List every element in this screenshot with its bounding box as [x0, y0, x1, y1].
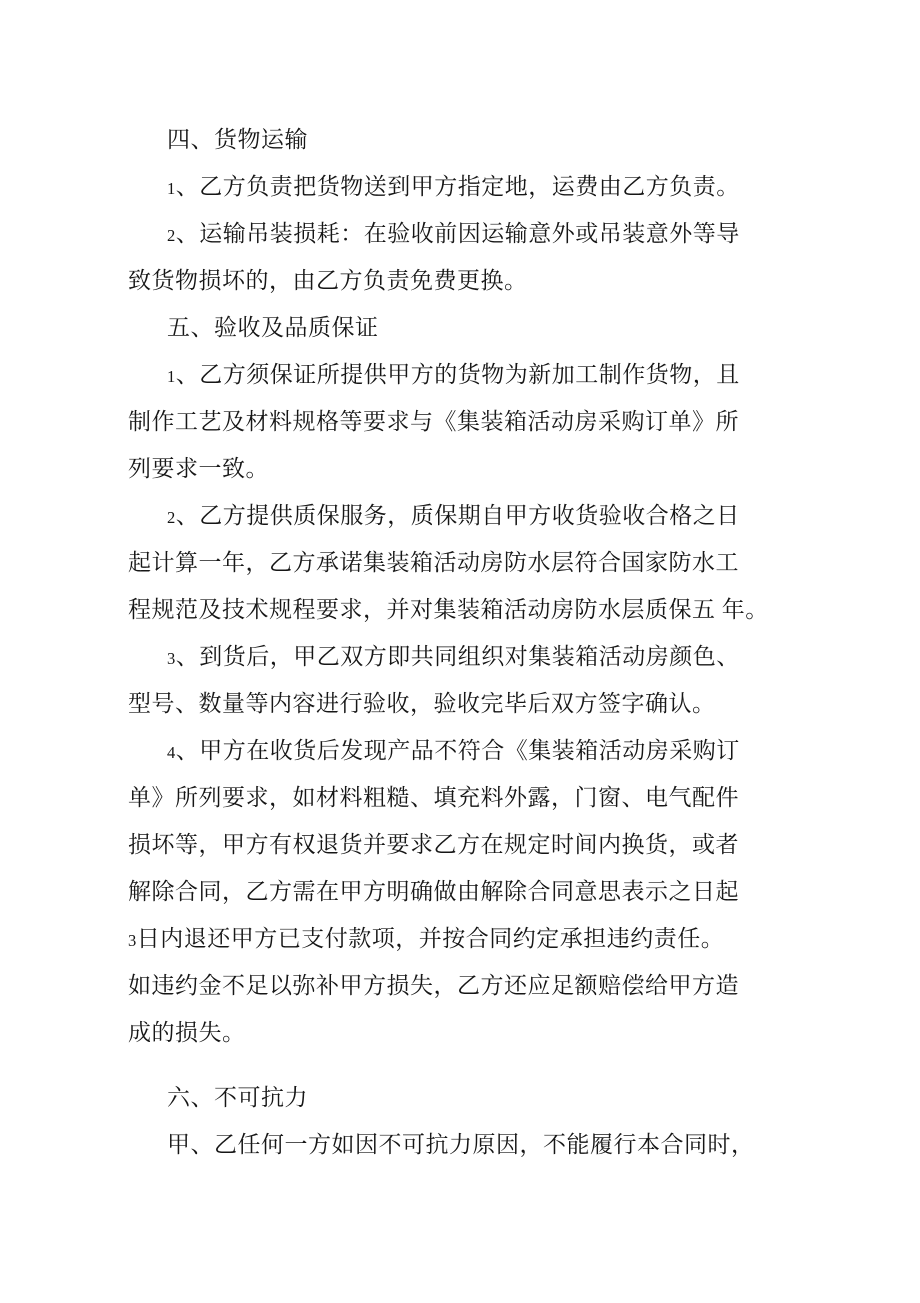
paragraph-line: 损坏等，甲方有权退货并要求乙方在规定时间内换货，或者 — [128, 821, 805, 868]
list-number: 1 — [167, 179, 176, 198]
line-text: 程规范及技术规程要求，并对集装箱活动房防水层质保五 年。 — [128, 597, 769, 622]
line-text: 型号、数量等内容进行验收，验收完毕后双方签字确认。 — [128, 691, 716, 716]
paragraph-line: 甲、乙任何一方如因不可抗力原因，不能履行本合同时， — [128, 1121, 805, 1168]
list-number: 4 — [167, 743, 176, 762]
paragraph-line: 起计算一年，乙方承诺集装箱活动房防水层符合国家防水工 — [128, 539, 805, 586]
line-text: 、运输吊装损耗：在验收前因运输意外或吊装意外等导 — [176, 221, 740, 246]
line-text: 成的损失。 — [128, 1020, 246, 1045]
document-page: 四、货物运输 1、乙方负责把货物送到甲方指定地，运费由乙方负责。 2、运输吊装损… — [0, 0, 920, 1303]
line-text: 解除合同，乙方需在甲方明确做由解除合同意思表示之日起 — [128, 879, 739, 904]
paragraph-line: 列要求一致。 — [128, 445, 805, 492]
section-heading: 六、不可抗力 — [128, 1074, 805, 1121]
paragraph-line: 3日内退还甲方已支付款项，并按合同约定承担违约责任。 — [128, 915, 805, 962]
paragraph-line: 型号、数量等内容进行验收，验收完毕后双方签字确认。 — [128, 680, 805, 727]
line-text: 六、不可抗力 — [167, 1085, 308, 1110]
line-text: 日内退还甲方已支付款项，并按合同约定承担违约责任。 — [137, 926, 725, 951]
section-heading: 五、验收及品质保证 — [128, 304, 805, 351]
line-text: 、乙方须保证所提供甲方的货物为新加工制作货物，且 — [176, 362, 740, 387]
list-number: 3 — [128, 931, 137, 950]
paragraph-line: 制作工艺及材料规格等要求与《集装箱活动房采购订单》所 — [128, 398, 805, 445]
paragraph-line: 1、乙方负责把货物送到甲方指定地，运费由乙方负责。 — [128, 163, 805, 210]
line-text: 、乙方负责把货物送到甲方指定地，运费由乙方负责。 — [176, 174, 740, 199]
line-text: 单》所列要求，如材料粗糙、填充料外露，门窗、电气配件 — [128, 785, 739, 810]
line-text: 起计算一年，乙方承诺集装箱活动房防水层符合国家防水工 — [128, 550, 739, 575]
line-text: 甲、乙任何一方如因不可抗力原因，不能履行本合同时， — [167, 1132, 755, 1157]
line-text: 、乙方提供质保服务，质保期自甲方收货验收合格之日 — [176, 503, 740, 528]
list-number: 2 — [167, 508, 176, 527]
paragraph-line: 2、乙方提供质保服务，质保期自甲方收货验收合格之日 — [128, 492, 805, 539]
paragraph-line: 3、到货后，甲乙双方即共同组织对集装箱活动房颜色、 — [128, 633, 805, 680]
line-text: 致货物损坏的，由乙方负责免费更换。 — [128, 268, 528, 293]
list-number: 1 — [167, 367, 176, 386]
line-text: 制作工艺及材料规格等要求与《集装箱活动房采购订单》所 — [128, 409, 739, 434]
line-text: 四、货物运输 — [167, 127, 308, 152]
line-text: 、到货后，甲乙双方即共同组织对集装箱活动房颜色、 — [176, 644, 740, 669]
line-text: 、甲方在收货后发现产品不符合《集装箱活动房采购订 — [176, 738, 740, 763]
list-number: 3 — [167, 649, 176, 668]
paragraph-line: 成的损失。 — [128, 1009, 805, 1056]
line-text: 五、验收及品质保证 — [167, 315, 379, 340]
line-text: 损坏等，甲方有权退货并要求乙方在规定时间内换货，或者 — [128, 832, 739, 857]
paragraph-line: 单》所列要求，如材料粗糙、填充料外露，门窗、电气配件 — [128, 774, 805, 821]
paragraph-line: 2、运输吊装损耗：在验收前因运输意外或吊装意外等导 — [128, 210, 805, 257]
line-text: 如违约金不足以弥补甲方损失，乙方还应足额赔偿给甲方造 — [128, 973, 739, 998]
list-number: 2 — [167, 226, 176, 245]
paragraph-line: 致货物损坏的，由乙方负责免费更换。 — [128, 257, 805, 304]
paragraph-line: 解除合同，乙方需在甲方明确做由解除合同意思表示之日起 — [128, 868, 805, 915]
section-heading: 四、货物运输 — [128, 116, 805, 163]
paragraph-line: 1、乙方须保证所提供甲方的货物为新加工制作货物，且 — [128, 351, 805, 398]
paragraph-line: 4、甲方在收货后发现产品不符合《集装箱活动房采购订 — [128, 727, 805, 774]
paragraph-line: 如违约金不足以弥补甲方损失，乙方还应足额赔偿给甲方造 — [128, 962, 805, 1009]
line-text: 列要求一致。 — [128, 456, 269, 481]
paragraph-line: 程规范及技术规程要求，并对集装箱活动房防水层质保五 年。 — [128, 586, 805, 633]
